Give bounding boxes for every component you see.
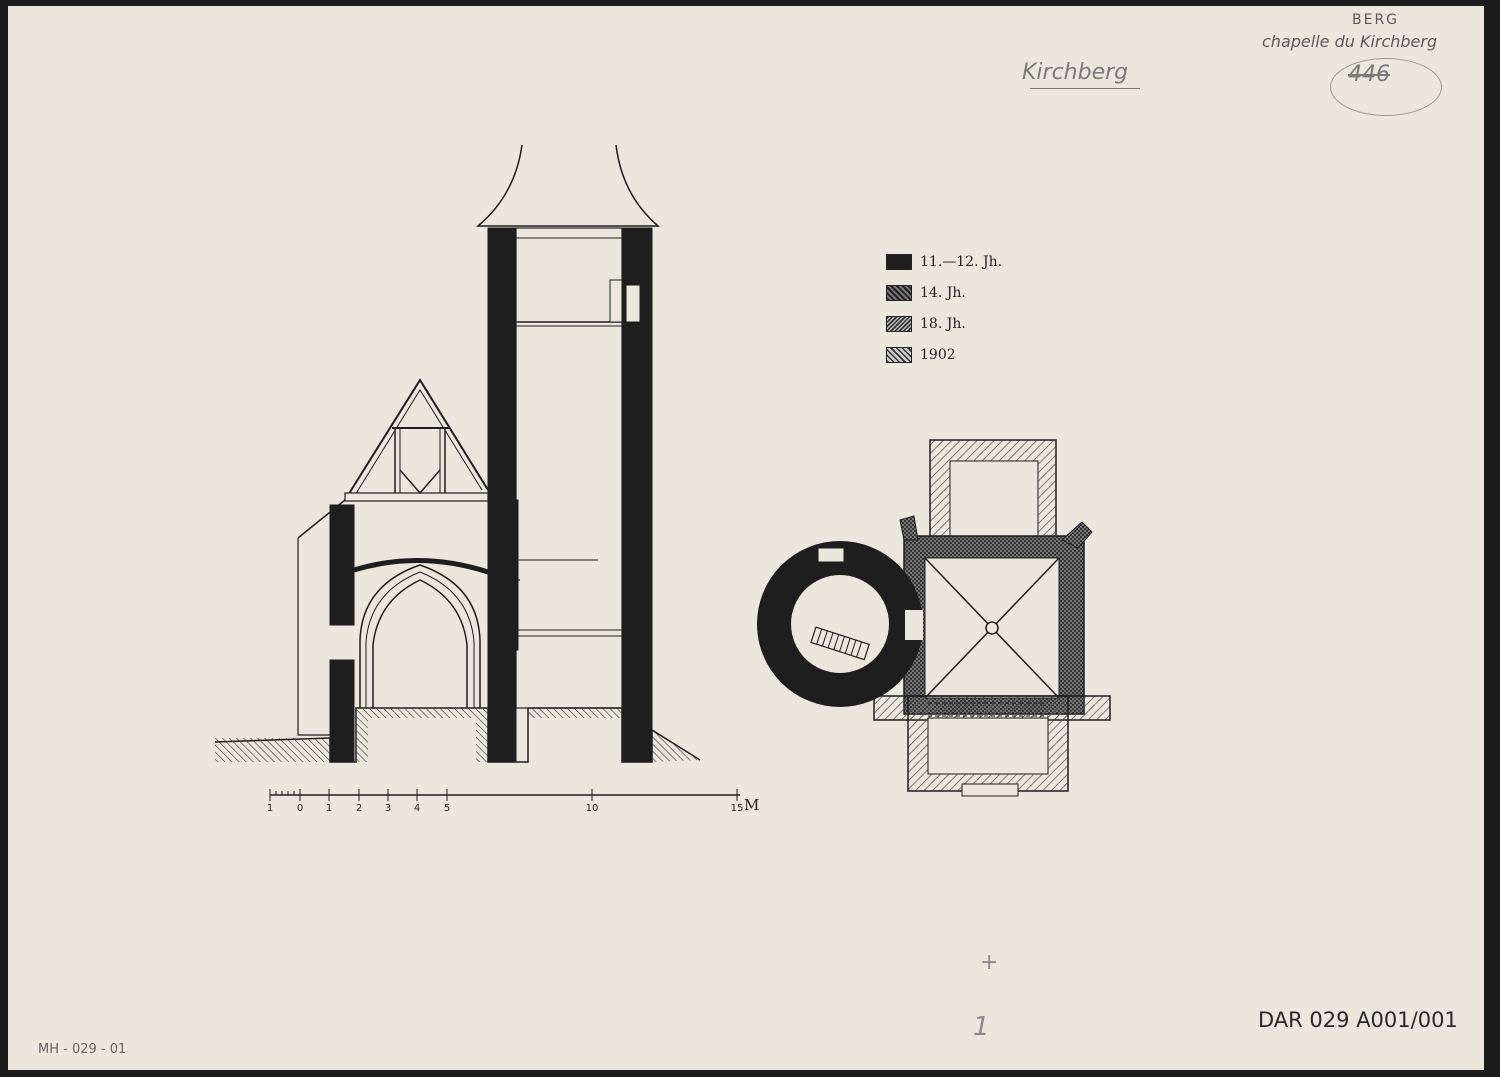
annotation-underline [1030,88,1140,89]
solid-swatch-icon [886,254,912,270]
scale-unit: M [744,796,759,814]
scale-tick-label: 15 [731,803,744,814]
architectural-drawing [0,0,1500,1077]
number-circle [1330,58,1442,116]
legend-item-18-jh: 18. Jh. [886,308,1002,339]
scale-tick-label: 3 [385,803,391,814]
mh-reference: MH - 029 - 01 [38,1042,126,1057]
scale-bar [270,789,740,801]
cross-mark: + [980,950,998,975]
crosshatch-swatch-icon [886,285,912,301]
section-drawing [215,145,700,762]
berg-annotation: BERG [1352,12,1399,28]
scale-tick-label: 10 [586,803,599,814]
scale-tick-label: 1 [267,803,273,814]
legend-item-1902: 1902 [886,339,1002,370]
scale-tick-label: 5 [444,803,450,814]
scale-tick-label: 1 [326,803,332,814]
legend: 11.—12. Jh. 14. Jh. 18. Jh. 1902 [886,246,1002,370]
scale-tick-label: 2 [356,803,362,814]
chapelle-annotation: chapelle du Kirchberg [1262,32,1437,51]
archive-reference: DAR 029 A001/001 [1258,1008,1458,1032]
legend-item-11-12-jh: 11.—12. Jh. [886,246,1002,277]
diagonal-dense-swatch-icon [886,316,912,332]
scale-tick-label: 0 [297,803,303,814]
kirchberg-annotation: Kirchberg [1022,60,1128,85]
scale-tick-label: 4 [414,803,420,814]
diagonal-swatch-icon [886,347,912,363]
plan-drawing [774,440,1110,796]
sheet-number-mark: 1 [973,1012,990,1042]
legend-item-14-jh: 14. Jh. [886,277,1002,308]
